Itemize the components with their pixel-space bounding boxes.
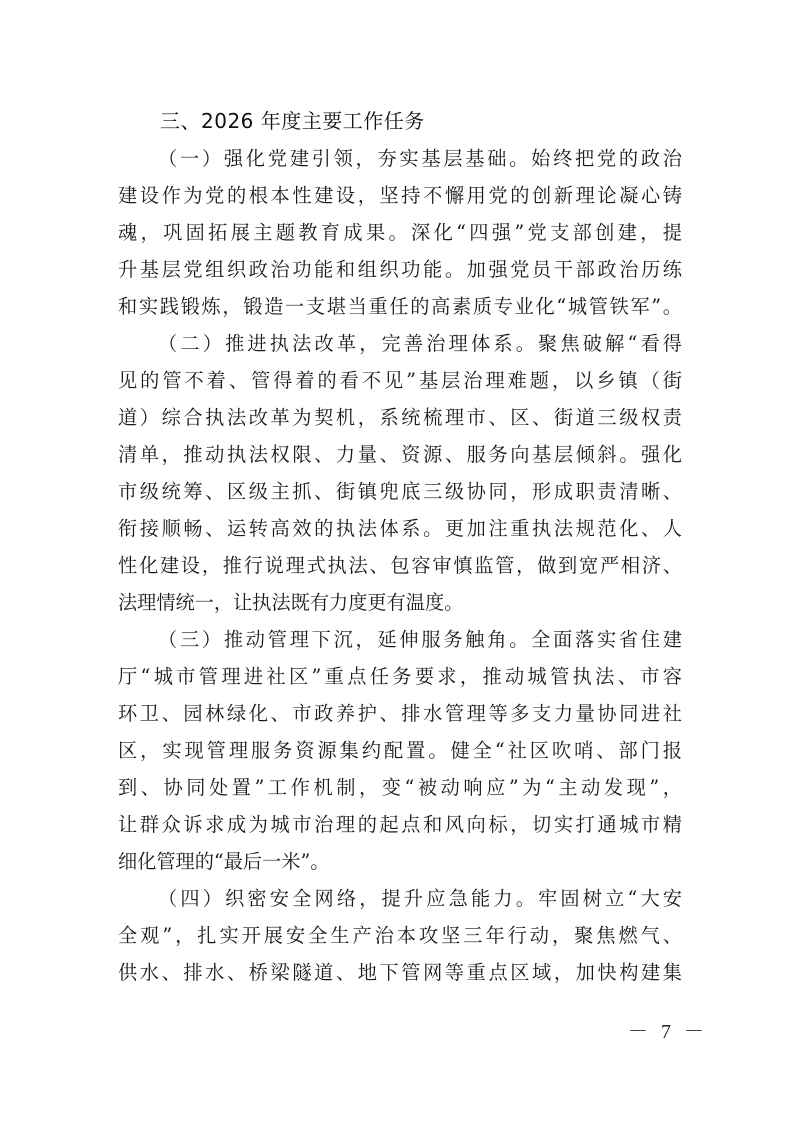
text-line: （三）推动管理下沉，延伸服务触角。全面落实省住建 (118, 621, 682, 658)
text-line: （二）推进执法改革，完善治理体系。聚焦破解“看得 (118, 325, 682, 362)
text-line: 厅“城市管理进社区”重点任务要求，推动城管执法、市容 (118, 658, 682, 695)
paragraph-management-downward: （三）推动管理下沉，延伸服务触角。全面落实省住建 厅“城市管理进社区”重点任务要… (118, 621, 682, 880)
text-line: 和实践锻炼，锻造一支堪当重任的高素质专业化“城管铁军”。 (118, 288, 682, 325)
page-number: － 7 － (628, 1015, 708, 1044)
text-line: 性化建设，推行说理式执法、包容审慎监管，做到宽严相济、 (118, 547, 682, 584)
text-line: 全观”，扎实开展安全生产治本攻坚三年行动，聚焦燃气、 (118, 917, 682, 954)
text-line: 细化管理的“最后一米”。 (118, 843, 682, 880)
text-line: 见的管不着、管得着的看不见”基层治理难题，以乡镇（街 (118, 362, 682, 399)
text-line: 清单，推动执法权限、力量、资源、服务向基层倾斜。强化 (118, 436, 682, 473)
text-line: 法理情统一，让执法既有力度更有温度。 (118, 584, 682, 621)
text-line: 到、协同处置”工作机制，变“被动响应”为“主动发现”， (118, 769, 682, 806)
text-line: 让群众诉求成为城市治理的起点和风向标，切实打通城市精 (118, 806, 682, 843)
document-page: 三、2026 年度主要工作任务 （一）强化党建引领，夯实基层基础。始终把党的政治… (0, 0, 793, 1122)
paragraph-safety-network: （四）织密安全网络，提升应急能力。牢固树立“大安 全观”，扎实开展安全生产治本攻… (118, 880, 682, 991)
text-line: （四）织密安全网络，提升应急能力。牢固树立“大安 (118, 880, 682, 917)
paragraph-law-enforcement-reform: （二）推进执法改革，完善治理体系。聚焦破解“看得 见的管不着、管得着的看不见”基… (118, 325, 682, 621)
text-line: 建设作为党的根本性建设，坚持不懈用党的创新理论凝心铸 (118, 177, 682, 214)
paragraph-party-building: （一）强化党建引领，夯实基层基础。始终把党的政治 建设作为党的根本性建设，坚持不… (118, 140, 682, 325)
text-line: 供水、排水、桥梁隧道、地下管网等重点区域，加快构建集 (118, 954, 682, 991)
text-line: 升基层党组织政治功能和组织功能。加强党员干部政治历练 (118, 251, 682, 288)
document-body: 三、2026 年度主要工作任务 （一）强化党建引领，夯实基层基础。始终把党的政治… (118, 103, 682, 991)
text-line: 衔接顺畅、运转高效的执法体系。更加注重执法规范化、人 (118, 510, 682, 547)
text-line: 道）综合执法改革为契机，系统梳理市、区、街道三级权责 (118, 399, 682, 436)
text-line: 市级统筹、区级主抓、街镇兜底三级协同，形成职责清晰、 (118, 473, 682, 510)
text-line: （一）强化党建引领，夯实基层基础。始终把党的政治 (118, 140, 682, 177)
text-line: 魂，巩固拓展主题教育成果。深化“四强”党支部创建，提 (118, 214, 682, 251)
text-line: 区，实现管理服务资源集约配置。健全“社区吹哨、部门报 (118, 732, 682, 769)
text-line: 环卫、园林绿化、市政养护、排水管理等多支力量协同进社 (118, 695, 682, 732)
section-heading: 三、2026 年度主要工作任务 (118, 103, 682, 140)
